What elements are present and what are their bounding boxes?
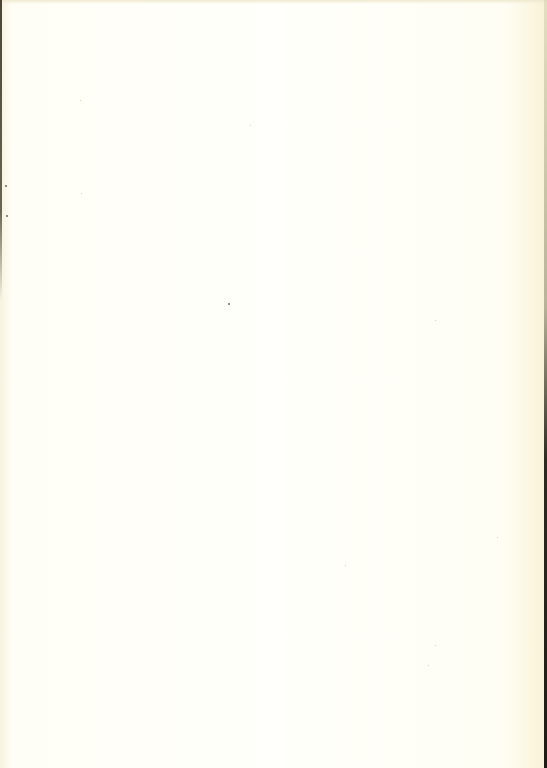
scan-speck [80,100,81,101]
scan-speck [6,215,8,217]
scan-speck [5,185,7,187]
scan-speck [497,537,498,538]
scan-speck [228,303,230,305]
scan-speck [435,320,436,321]
scan-speck [250,125,251,126]
scan-speck [81,193,82,194]
scan-speck [428,665,429,666]
scan-speck [435,645,436,646]
blank-scanned-page [0,0,547,768]
scan-speck [345,565,346,566]
page-left-edge-shadow [0,0,2,300]
page-top-edge [0,0,547,4]
